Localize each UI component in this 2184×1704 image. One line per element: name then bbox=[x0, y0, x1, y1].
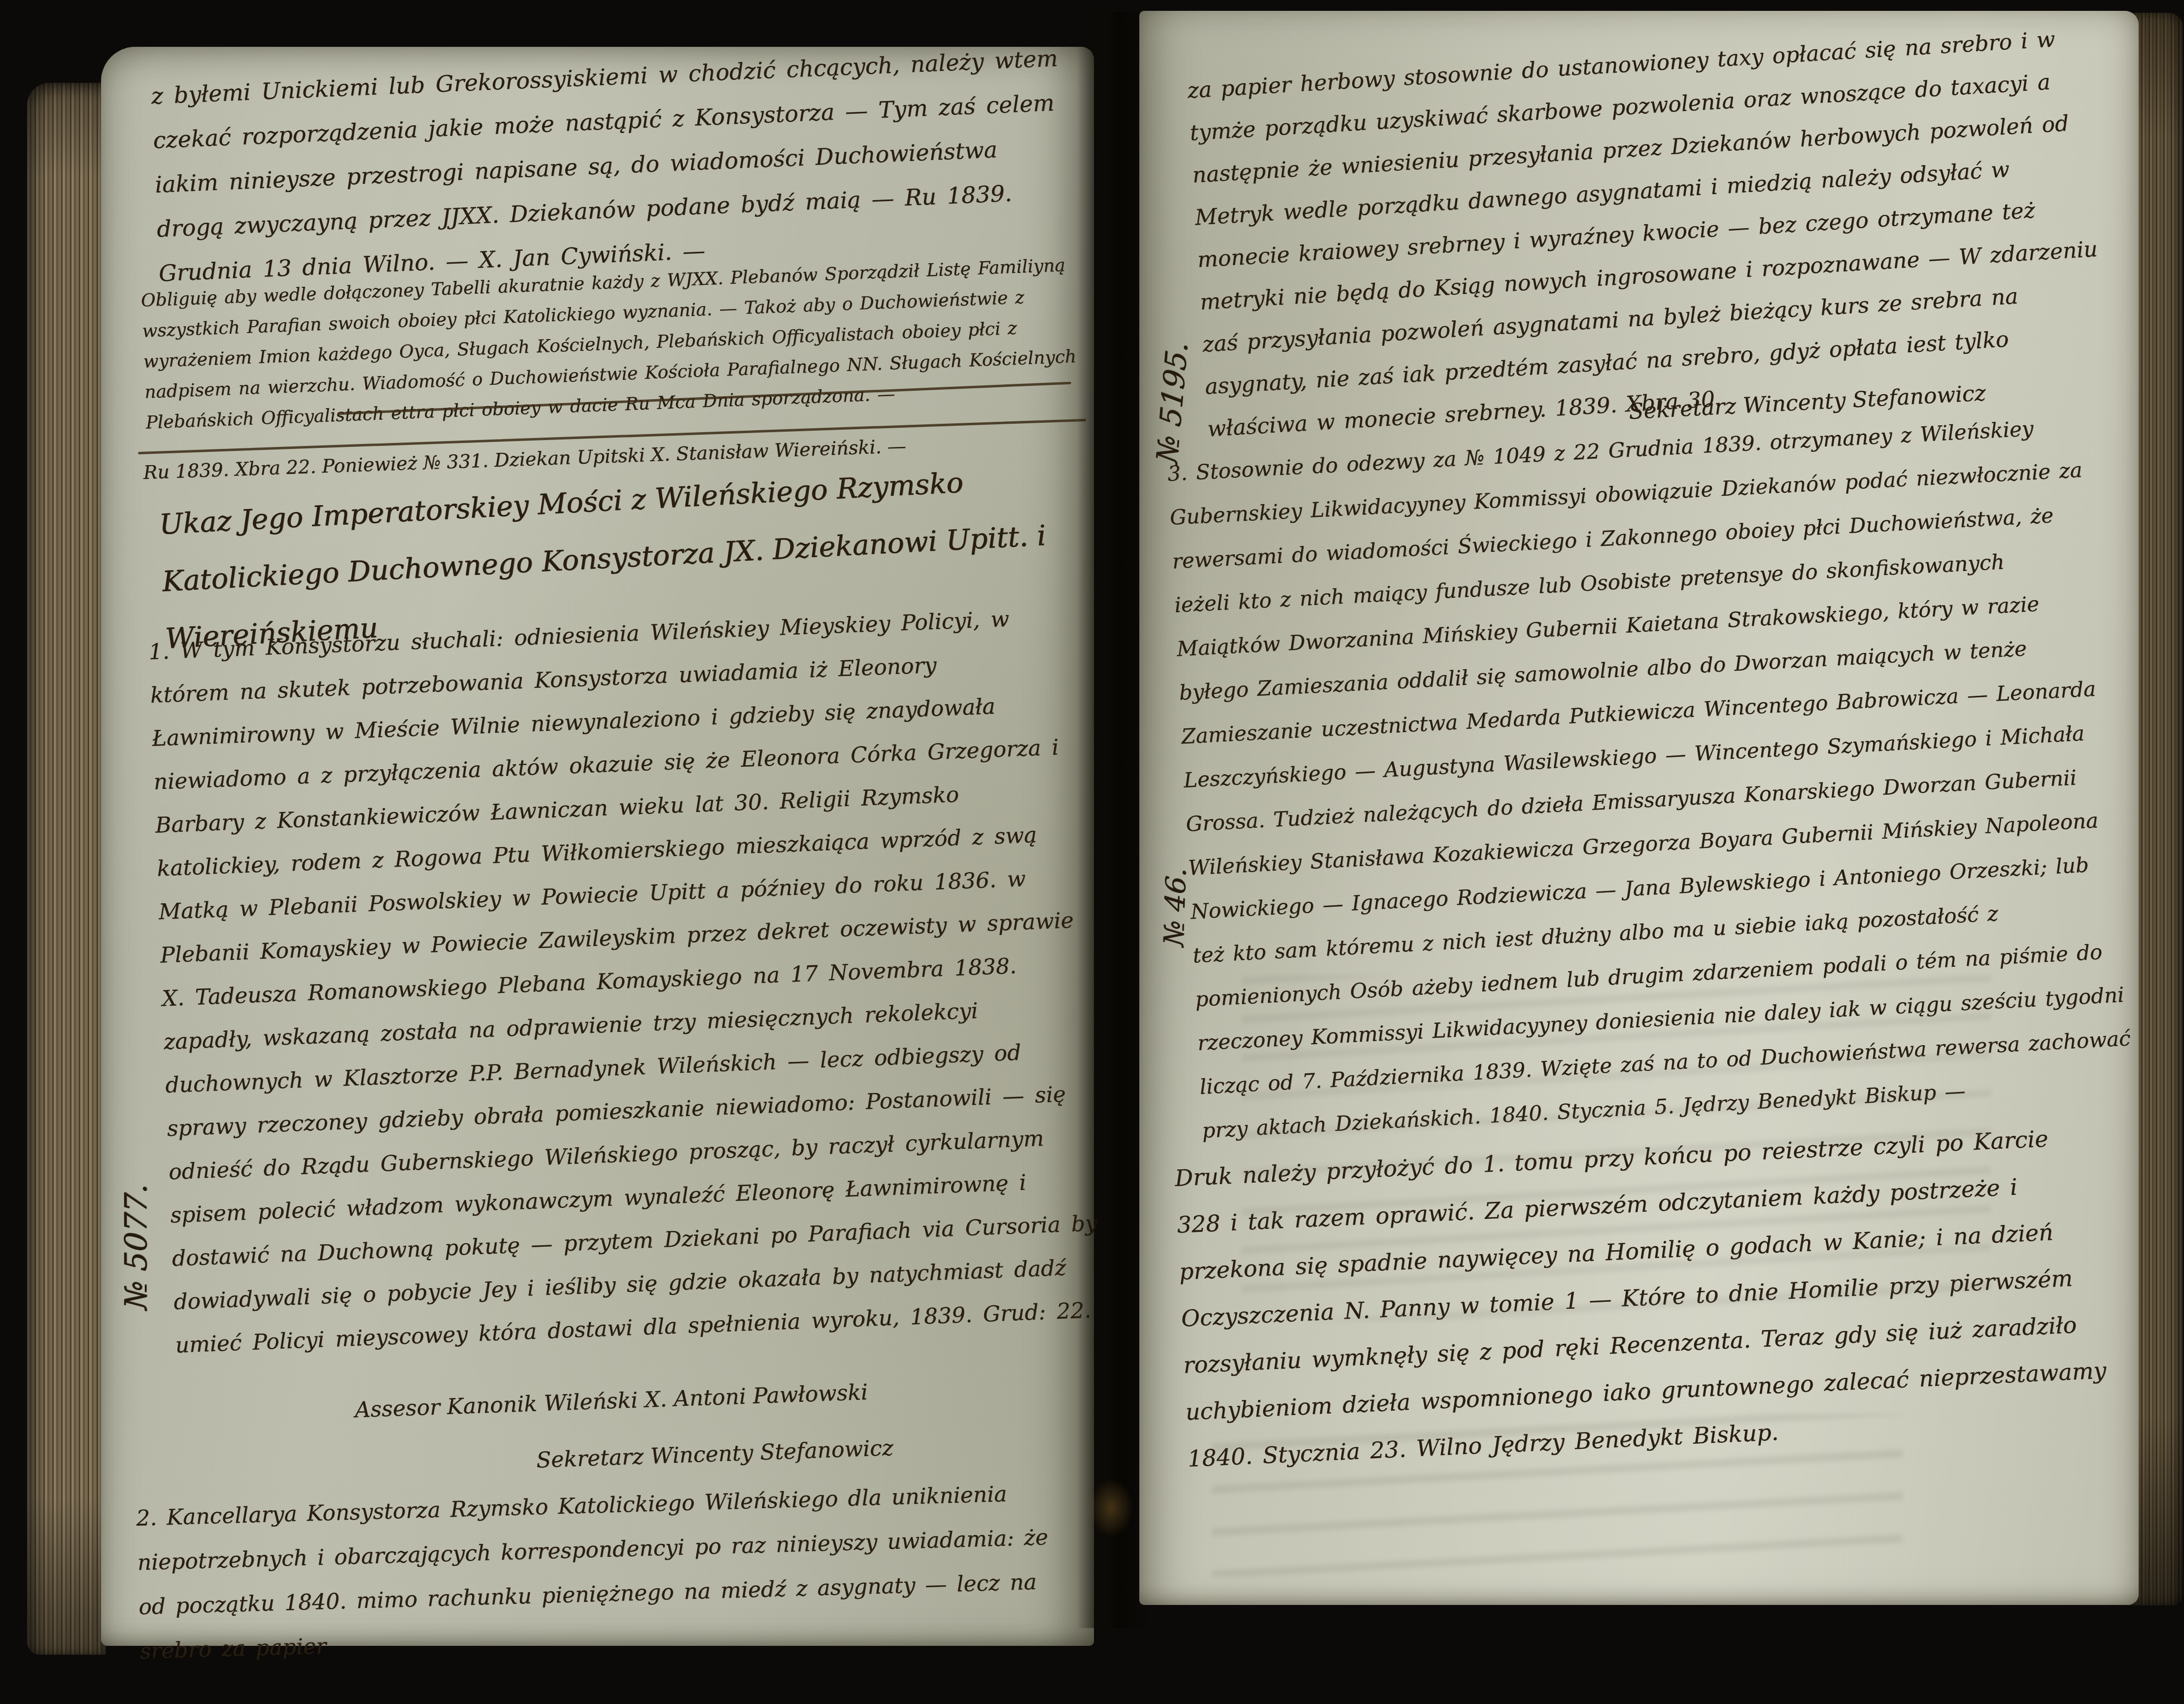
manuscript-scan: z byłemi Unickiemi lub Grekorossyiskiemi… bbox=[0, 0, 2184, 1704]
right-margin-number-top: № 5195. bbox=[1150, 339, 1195, 466]
left-item-1-paragraph: 1. W tym Konsystorzu słuchali: odniesien… bbox=[148, 595, 1102, 1367]
right-page: za papier herbowy stosownie do ustanowio… bbox=[1139, 11, 2139, 1605]
left-margin-number: № 5077. bbox=[118, 1182, 154, 1311]
ink-showthrough bbox=[1212, 1414, 1902, 1577]
right-margin-number-mid: № 46. bbox=[1158, 866, 1193, 948]
left-item-2-paragraph: 2. Kancellarya Konsystorza Rzymsko Katol… bbox=[136, 1470, 1081, 1674]
signature-secretary: Sekretarz Wincenty Stefanowicz bbox=[411, 1431, 1018, 1477]
book-page-edges-left bbox=[27, 83, 106, 1655]
signature-assessor: Assesor Kanonik Wileński X. Antoni Pawło… bbox=[259, 1376, 964, 1426]
ink-showthrough bbox=[1242, 976, 1991, 1321]
paper-stain bbox=[1089, 1478, 1133, 1537]
left-page: z byłemi Unickiemi lub Grekorossyiskiemi… bbox=[101, 47, 1094, 1646]
